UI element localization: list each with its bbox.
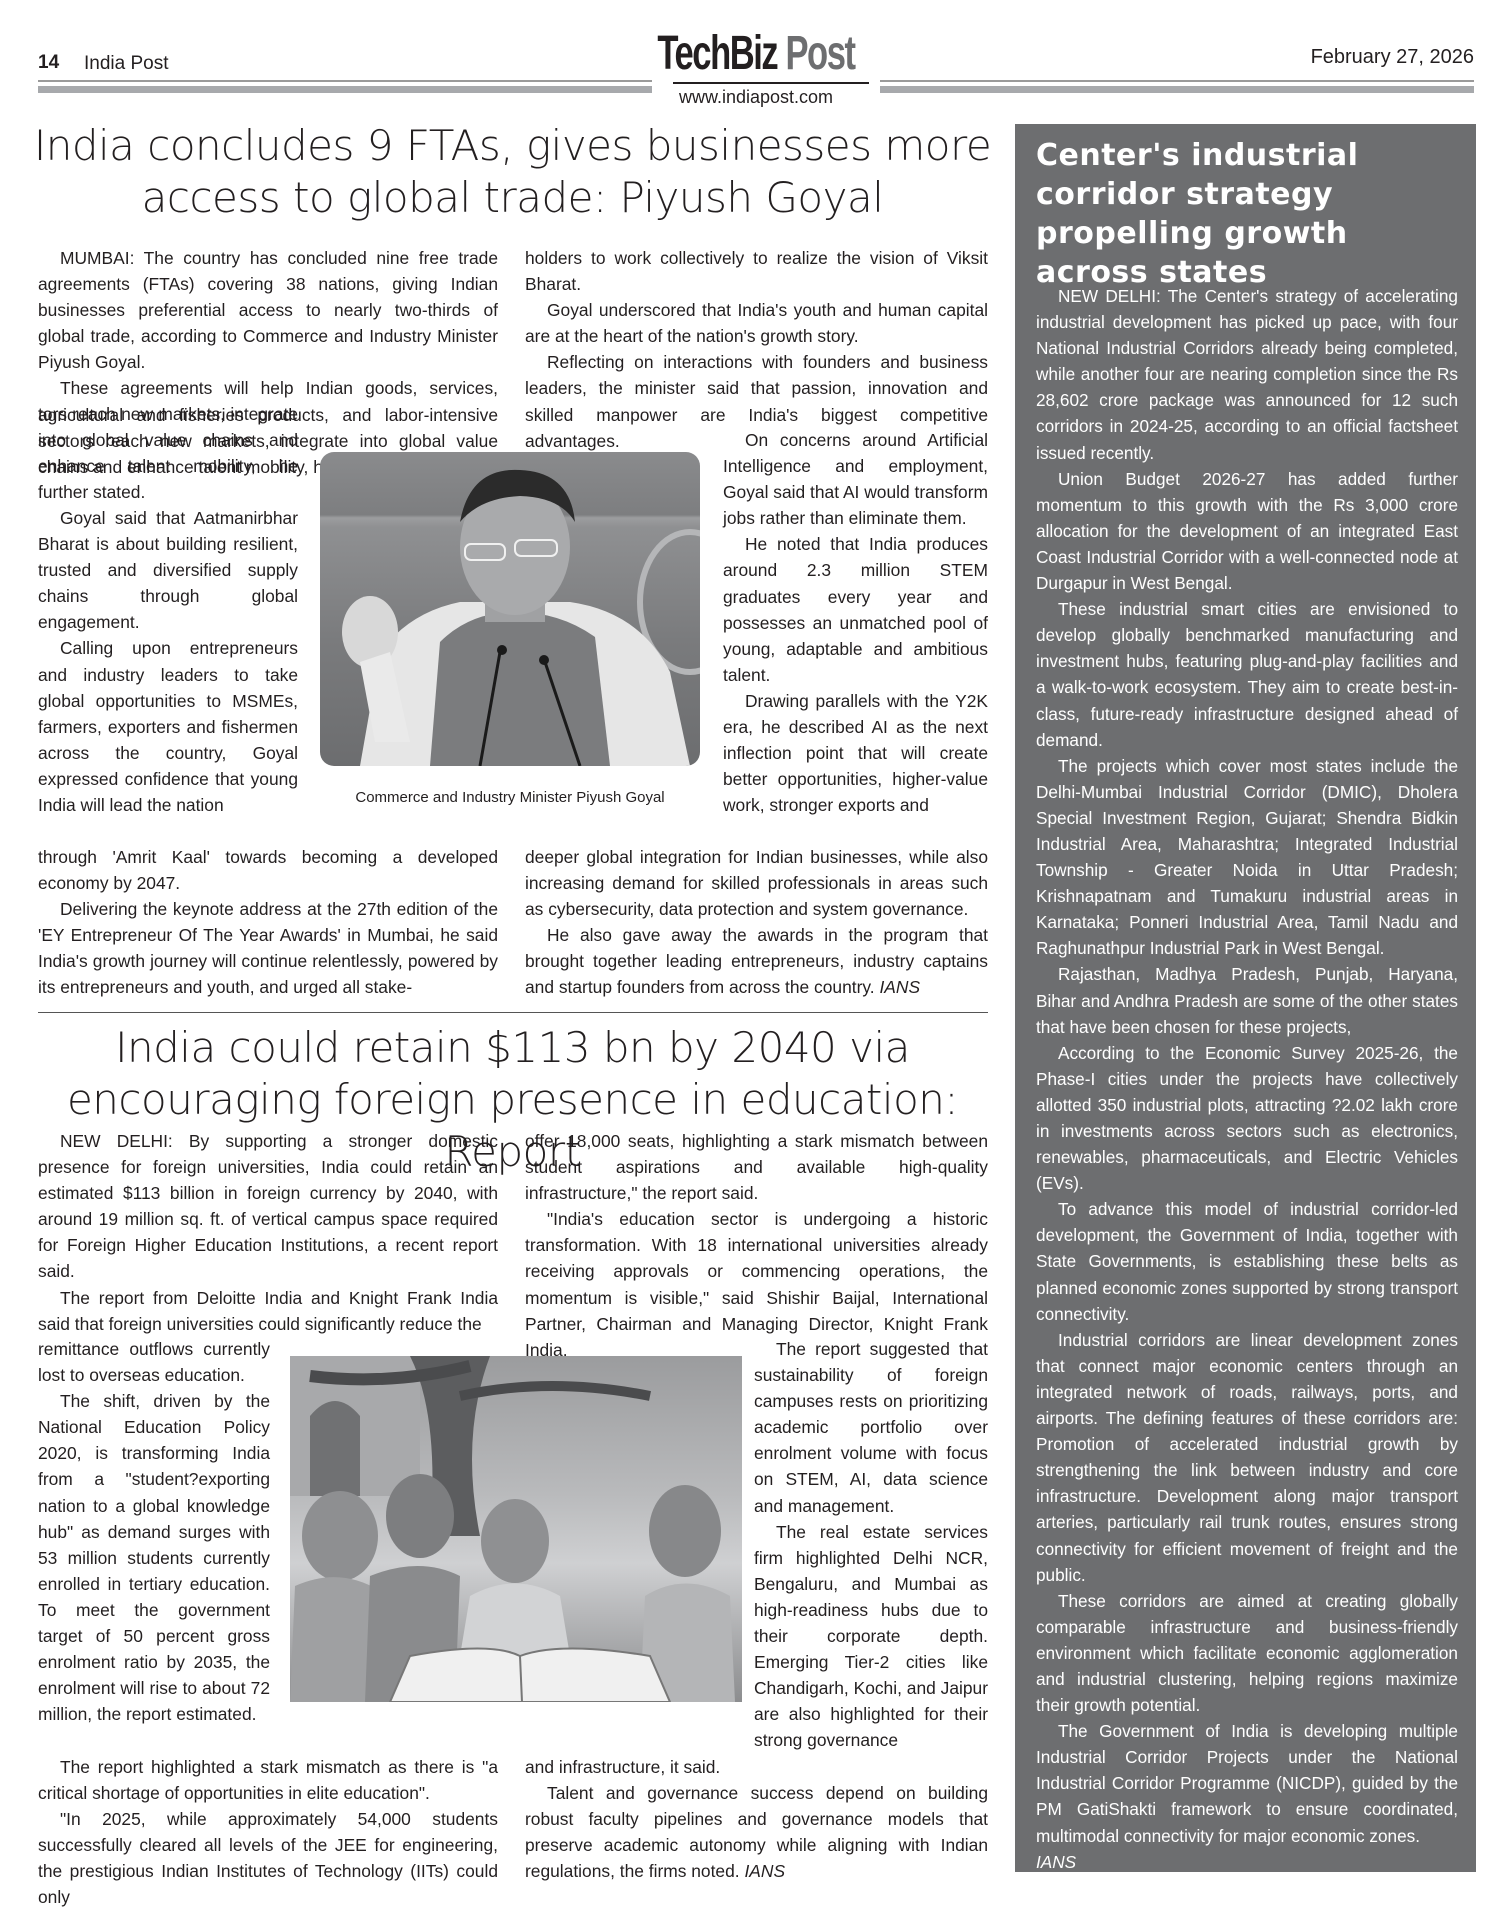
article2-credit: IANS <box>744 1861 785 1881</box>
masthead-underline <box>673 82 869 84</box>
paragraph: He also gave away the awards in the prog… <box>525 922 988 1000</box>
paragraph: and infrastructure, it said. <box>525 1754 988 1780</box>
article1-left-bottom: through 'Amrit Kaal' towards becoming a … <box>38 844 498 1001</box>
paragraph: MUMBAI: The country has concluded nine f… <box>38 245 498 375</box>
paragraph: Calling upon entrepreneurs and industry … <box>38 635 298 818</box>
paragraph: Union Budget 2026-27 has added further m… <box>1036 466 1458 596</box>
paragraph: holders to work collectively to realize … <box>525 245 988 297</box>
speaker-illustration <box>320 452 700 766</box>
students-illustration <box>290 1356 742 1702</box>
paragraph: Rajasthan, Madhya Pradesh, Punjab, Harya… <box>1036 961 1458 1039</box>
paragraph: The shift, driven by the National Educat… <box>38 1388 270 1727</box>
paragraph: Industrial corridors are linear developm… <box>1036 1327 1458 1588</box>
article1-left-wrap-2: Goyal said that Aatmanirbhar Bharat is a… <box>38 505 298 818</box>
paragraph: NEW DELHI: By supporting a stronger dome… <box>38 1128 498 1285</box>
paragraph: NEW DELHI: The Center's strategy of acce… <box>1036 283 1458 466</box>
paragraph: through 'Amrit Kaal' towards becoming a … <box>38 844 498 896</box>
paragraph: According to the Economic Survey 2025-26… <box>1036 1040 1458 1197</box>
paragraph: The report highlighted a stark mismatch … <box>38 1754 498 1806</box>
paragraph: "In 2025, while approximately 54,000 stu… <box>38 1806 498 1908</box>
paragraph: The report from Deloitte India and Knigh… <box>38 1285 498 1337</box>
masthead-techbiz: TechBiz <box>657 27 777 80</box>
section-name: India Post <box>84 53 169 75</box>
article2-right-wrap: The report suggested that sustainability… <box>754 1336 988 1754</box>
sidebar-headline: Center's industrial corridor strategy pr… <box>1036 136 1456 292</box>
article2-right-bottom: and infrastructure, it said. Talent and … <box>525 1754 988 1884</box>
goyal-photo <box>320 452 700 766</box>
paragraph: The report suggested that sustainability… <box>754 1336 988 1519</box>
article1-right-wrap: On concerns around Artificial Intelligen… <box>723 427 988 818</box>
paragraph: remittance outflows currently lost to ov… <box>38 1336 270 1388</box>
header-rule-right-thin <box>880 80 1474 82</box>
article1-left-wrap: tors reach new markets, integrate into g… <box>38 401 298 505</box>
sidebar-body: NEW DELHI: The Center's strategy of acce… <box>1036 283 1458 1875</box>
header-rule-left-thin <box>38 80 652 82</box>
article-separator <box>38 1012 988 1013</box>
goyal-photo-caption: Commerce and Industry Minister Piyush Go… <box>320 789 700 806</box>
article1-right-column: holders to work collectively to realize … <box>525 245 988 454</box>
article1-headline: India concludes 9 FTAs, gives businesses… <box>30 120 995 224</box>
paragraph: Talent and governance success depend on … <box>525 1780 988 1884</box>
paragraph: Drawing parallels with the Y2K era, he d… <box>723 688 988 818</box>
paragraph: To advance this model of industrial corr… <box>1036 1196 1458 1326</box>
page-number: 14 <box>38 52 59 74</box>
paragraph: On concerns around Artificial Intelligen… <box>723 427 988 531</box>
paragraph: These industrial smart cities are envisi… <box>1036 596 1458 753</box>
sidebar-credit: IANS <box>1036 1852 1076 1872</box>
paragraph: Goyal underscored that India's youth and… <box>525 297 988 349</box>
students-photo <box>290 1356 742 1702</box>
article1-credit: IANS <box>879 977 920 997</box>
masthead-post: Post <box>785 27 854 80</box>
article1-right-bottom: deeper global integration for Indian bus… <box>525 844 988 1001</box>
article2-left-wrap: remittance outflows currently lost to ov… <box>38 1336 270 1727</box>
article2-right-column: offer 18,000 seats, highlighting a stark… <box>525 1128 988 1363</box>
paragraph: Delivering the keynote address at the 27… <box>38 896 498 1000</box>
website-url[interactable]: www.indiapost.com <box>0 87 1512 108</box>
paragraph: Goyal said that Aatmanirbhar Bharat is a… <box>38 505 298 635</box>
paragraph: He noted that India produces around 2.3 … <box>723 531 988 688</box>
paragraph: offer 18,000 seats, highlighting a stark… <box>525 1128 988 1206</box>
paragraph: These corridors are aimed at creating gl… <box>1036 1588 1458 1718</box>
paragraph: deeper global integration for Indian bus… <box>525 844 988 922</box>
article2-left-bottom: The report highlighted a stark mismatch … <box>38 1754 498 1908</box>
masthead-logo: TechBiz Post <box>212 26 1301 82</box>
paragraph: The projects which cover most states inc… <box>1036 753 1458 962</box>
paragraph: The real estate services firm highlighte… <box>754 1519 988 1754</box>
article2-left-column: NEW DELHI: By supporting a stronger dome… <box>38 1128 498 1337</box>
paragraph: IANS <box>1036 1849 1458 1875</box>
paragraph: The Government of India is developing mu… <box>1036 1718 1458 1848</box>
issue-date: February 27, 2026 <box>1311 46 1474 69</box>
paragraph: tors reach new markets, integrate into g… <box>38 401 298 505</box>
